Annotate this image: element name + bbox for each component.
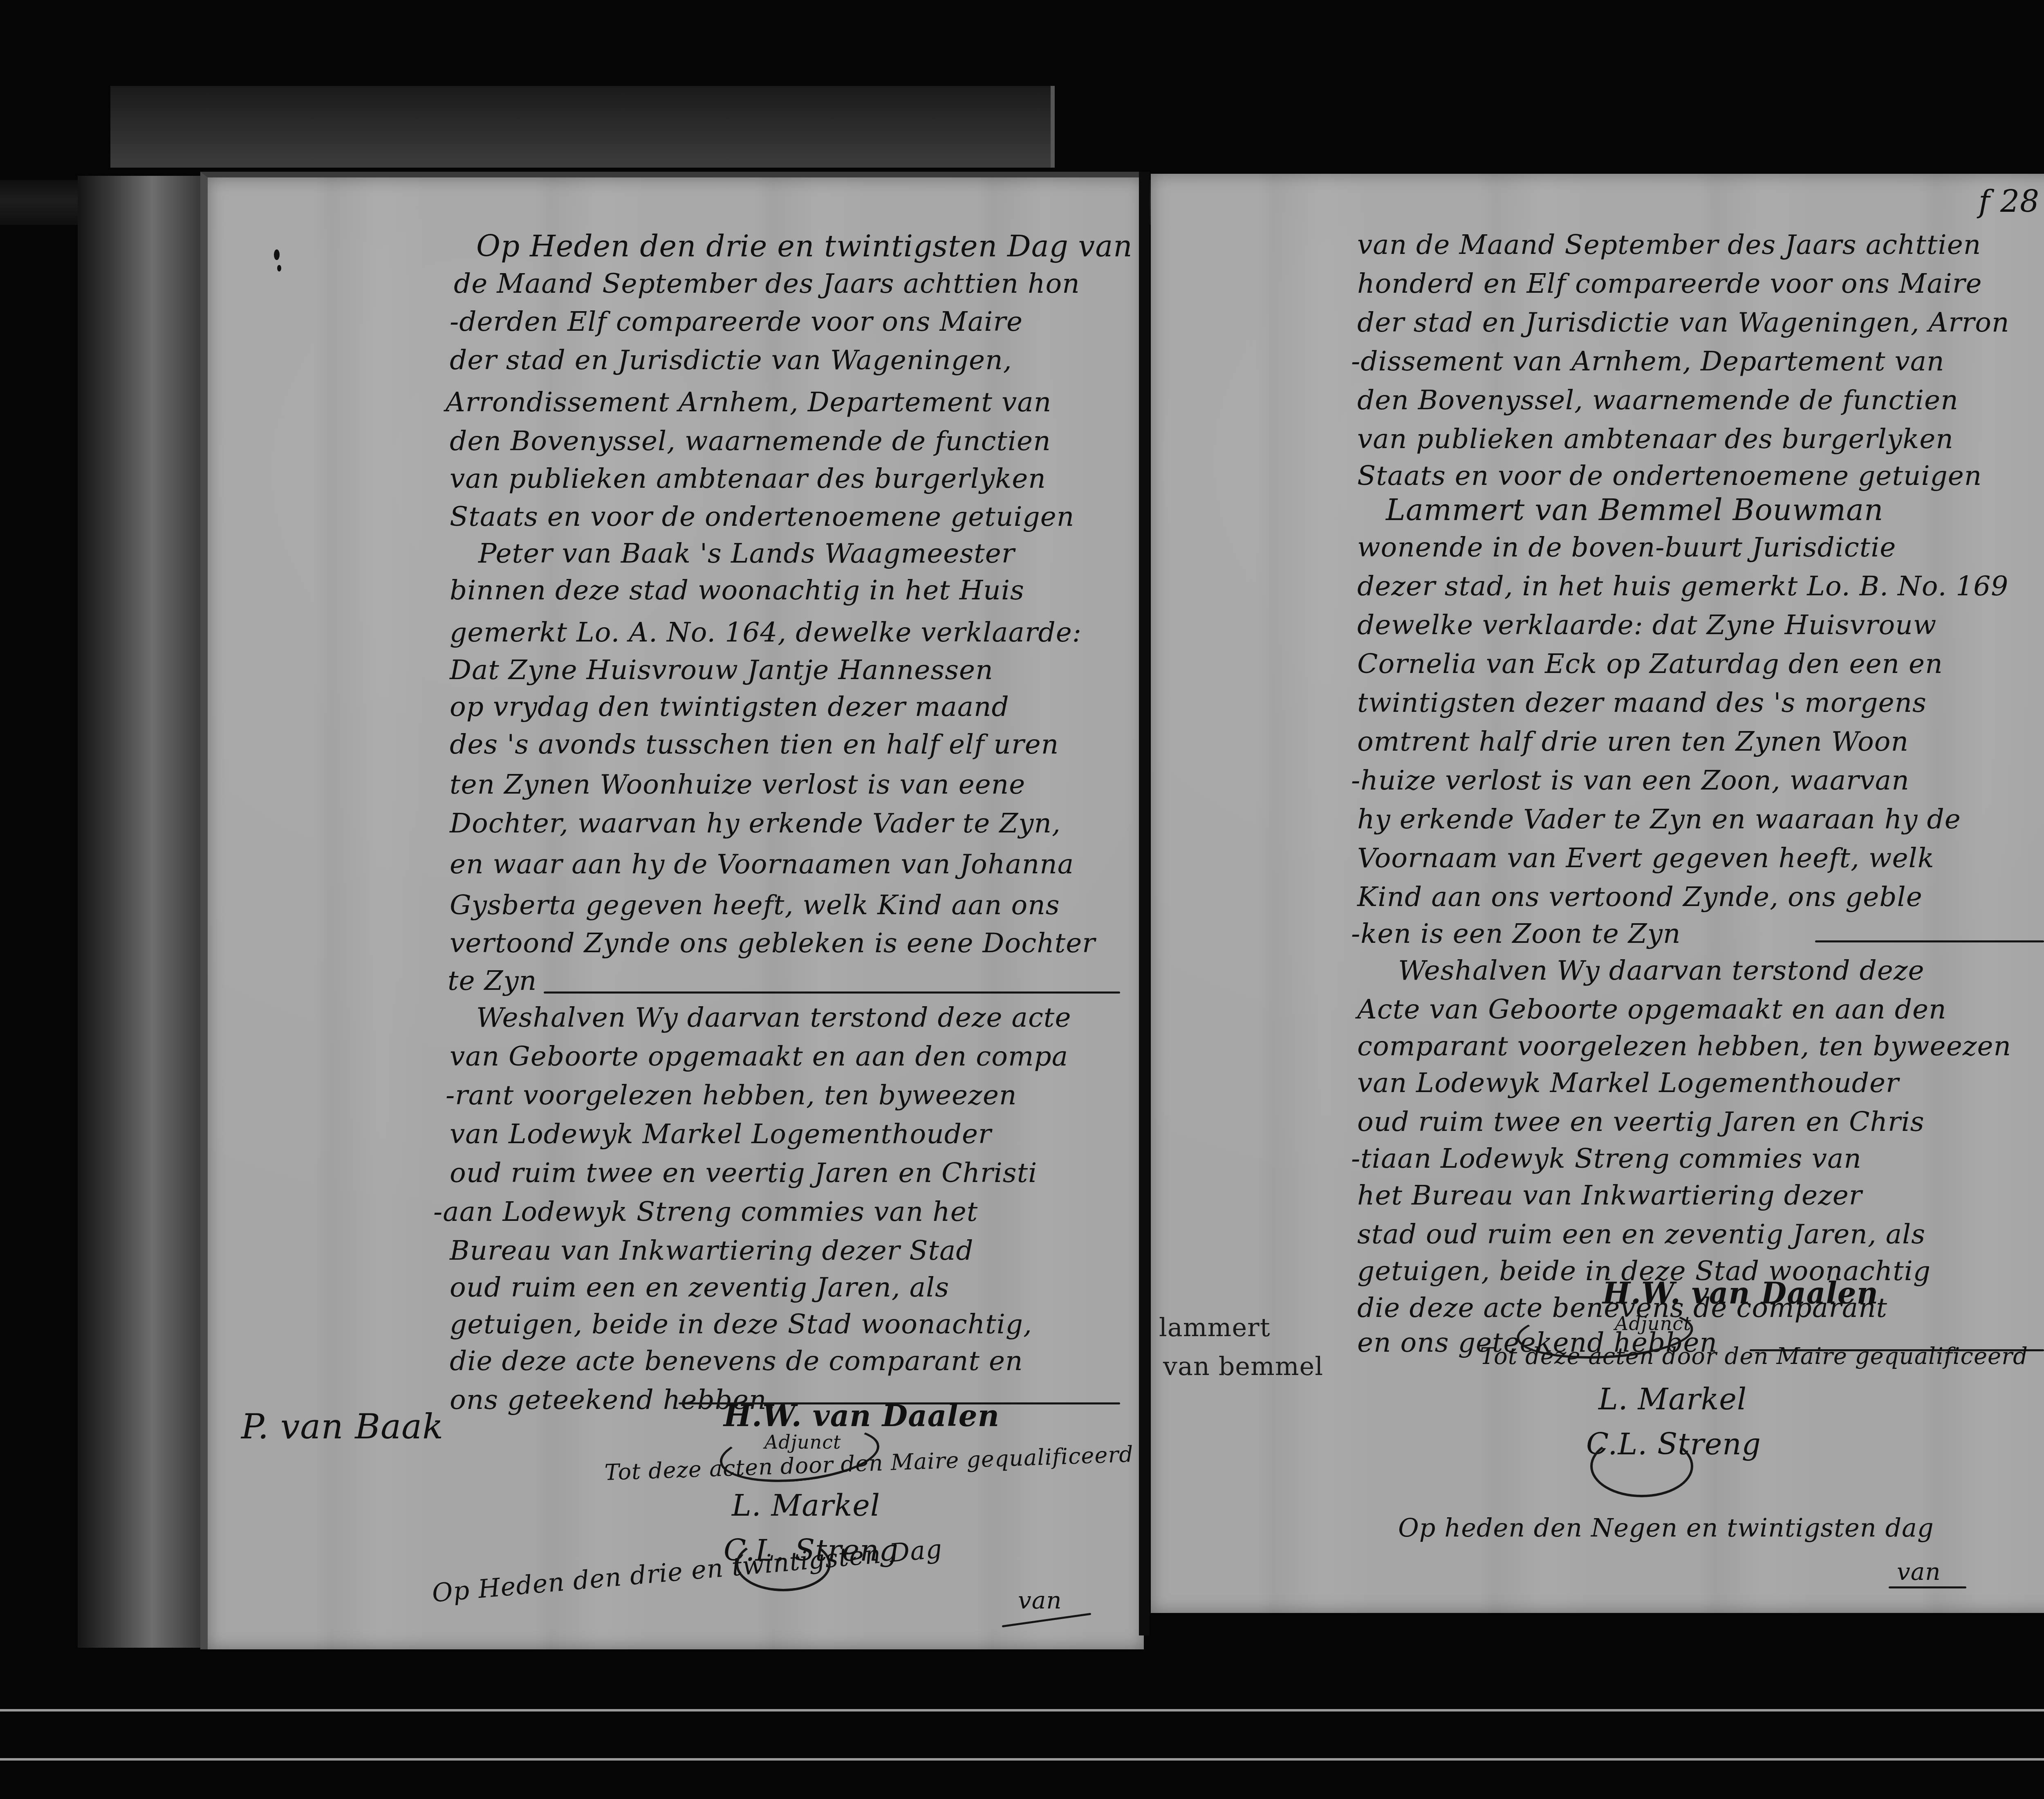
text-line: gemerkt Lo. A. No. 164, dewelke verklaar… (450, 617, 1082, 648)
text-line: -huize verlost is van een Zoon, waarvan (1351, 765, 1910, 796)
official-title: Adjunct (764, 1431, 841, 1453)
margin-signature-line-2: van bemmel (1163, 1351, 1323, 1381)
text-line: honderd en Elf compareerde voor ons Mair… (1357, 268, 1982, 299)
back-flyleaf (110, 86, 1055, 168)
text-line: -ken is een Zoon te Zyn (1351, 918, 1681, 949)
text-line: oud ruim twee en veertig Jaren en Chris (1357, 1106, 1925, 1137)
signature-flourish (1590, 1435, 1693, 1497)
text-line: te Zyn (448, 965, 537, 996)
text-line: dewelke verklaarde: dat Zyne Huisvrouw (1357, 609, 1936, 641)
signature-official: H.W. van Daalen (1602, 1276, 1878, 1310)
text-line: der stad en Jurisdictie van Wageningen, … (1357, 307, 2010, 338)
fill-line (1815, 940, 2044, 942)
film-edge-line-2 (0, 1758, 2044, 1761)
text-line: van Lodewyk Markel Logementhouder (450, 1118, 992, 1150)
folio-number: f 28 (1979, 184, 2040, 219)
fill-line (544, 991, 1120, 994)
text-line: binnen deze stad woonachtig in het Huis (450, 574, 1024, 606)
text-line: Cornelia van Eck op Zaturdag den een en (1357, 648, 1943, 680)
signature-declarant: P. van Baak (241, 1406, 444, 1447)
text-line: -rant voorgelezen hebben, ten byweezen (446, 1079, 1017, 1111)
text-line: op vrydag den twintigsten dezer maand (450, 691, 1009, 722)
text-line: -derden Elf compareerde voor ons Maire (450, 306, 1023, 337)
text-line: oud ruim twee en veertig Jaren en Christ… (450, 1157, 1037, 1189)
text-line: van de Maand September des Jaars achttie… (1357, 229, 1981, 260)
text-line: Dat Zyne Huisvrouw Jantje Hannessen (450, 654, 993, 686)
text-line: Peter van Baak 's Lands Waagmeester (478, 538, 1015, 569)
text-line: Kind aan ons vertoond Zynde, ons geble (1357, 881, 1923, 913)
text-line: die deze acte benevens de comparant en (450, 1345, 1023, 1377)
text-line: van publieken ambtenaar des burgerlyken (1357, 423, 1954, 455)
text-line: -aan Lodewyk Streng commies van het (433, 1196, 978, 1227)
page-stack-edge (78, 176, 215, 1648)
book-gutter (1139, 172, 1150, 1635)
text-line: vertoond Zynde ons gebleken is eene Doch… (450, 927, 1096, 959)
signature-official: H.W. van Daalen (724, 1398, 1000, 1433)
text-line: comparant voorgelezen hebben, ten byweez… (1357, 1030, 2011, 1062)
text-line: stad oud ruim een en zeventig Jaren, als (1357, 1218, 1925, 1250)
text-line: dezer stad, in het huis gemerkt Lo. B. N… (1357, 570, 2008, 602)
text-line: den Bovenyssel, waarnemende de functien (450, 425, 1051, 457)
text-line: Acte van Geboorte opgemaakt en aan den (1357, 994, 1947, 1025)
text-line: twintigsten dezer maand des 's morgens (1357, 687, 1927, 718)
text-line: wonende in de boven-buurt Jurisdictie (1357, 532, 1896, 563)
qualification-line: Tot deze acten door den Maire gequalific… (1480, 1343, 2028, 1370)
text-line: omtrent half drie uren ten Zynen Woon (1357, 726, 1909, 757)
text-line: en waar aan hy de Voornaamen van Johanna (450, 848, 1074, 880)
text-line: de Maand September des Jaars achttien ho… (454, 268, 1080, 299)
text-line: Weshalven Wy daarvan terstond deze (1398, 955, 1925, 986)
text-line: hy erkende Vader te Zyn en waaraan hy de (1357, 803, 1961, 835)
text-line: Lammert van Bemmel Bouwman (1386, 493, 1883, 527)
ink-blot (277, 265, 281, 271)
text-line: Gysberta gegeven heeft, welk Kind aan on… (450, 889, 1060, 921)
fill-line (1889, 1586, 1966, 1588)
text-line: van Geboorte opgemaakt en aan den compa (450, 1041, 1068, 1072)
text-line: Staats en voor de ondertenoemene getuige… (450, 501, 1074, 532)
text-line: Dochter, waarvan hy erkende Vader te Zyn… (450, 808, 1061, 839)
text-line: des 's avonds tusschen tien en half elf … (450, 729, 1059, 760)
signature-witness-1: L. Markel (732, 1488, 880, 1523)
text-line: van Lodewyk Markel Logementhouder (1357, 1067, 1899, 1099)
text-line: der stad en Jurisdictie van Wageningen, (450, 344, 1012, 376)
next-entry-continuation: van (1018, 1586, 1062, 1614)
text-line: Op Heden den drie en twintigsten Dag van (476, 229, 1133, 263)
text-line: oud ruim een en zeventig Jaren, als (450, 1272, 949, 1303)
ink-blot (274, 249, 280, 260)
text-line: Bureau van Inkwartiering dezer Stad (450, 1235, 974, 1266)
text-line: getuigen, beide in deze Stad woonachtig, (450, 1308, 1032, 1340)
margin-signature-line-1: lammert (1159, 1312, 1271, 1342)
next-entry-continuation: van (1897, 1558, 1941, 1586)
text-line: -tiaan Lodewyk Streng commies van (1351, 1143, 1862, 1174)
film-edge-line-1 (0, 1709, 2044, 1712)
text-line: ten Zynen Woonhuize verlost is van eene (450, 769, 1025, 800)
text-line: het Bureau van Inkwartiering dezer (1357, 1180, 1862, 1211)
text-line: Weshalven Wy daarvan terstond deze acte (476, 1002, 1071, 1033)
text-line: Arrondissement Arnhem, Departement van (446, 386, 1051, 418)
text-line: van publieken ambtenaar des burgerlyken (450, 463, 1046, 494)
signature-witness-1: L. Markel (1598, 1382, 1747, 1416)
text-line: -dissement van Arnhem, Departement van (1351, 345, 1945, 377)
text-line: Voornaam van Evert gegeven heeft, welk (1357, 842, 1934, 874)
official-title: Adjunct (1615, 1312, 1691, 1335)
text-line: den Bovenyssel, waarnemende de functien (1357, 384, 1959, 416)
text-line: Staats en voor de ondertenoemene getuige… (1357, 460, 1982, 491)
next-entry-line: Op heden den Negen en twintigsten dag (1398, 1513, 1934, 1543)
